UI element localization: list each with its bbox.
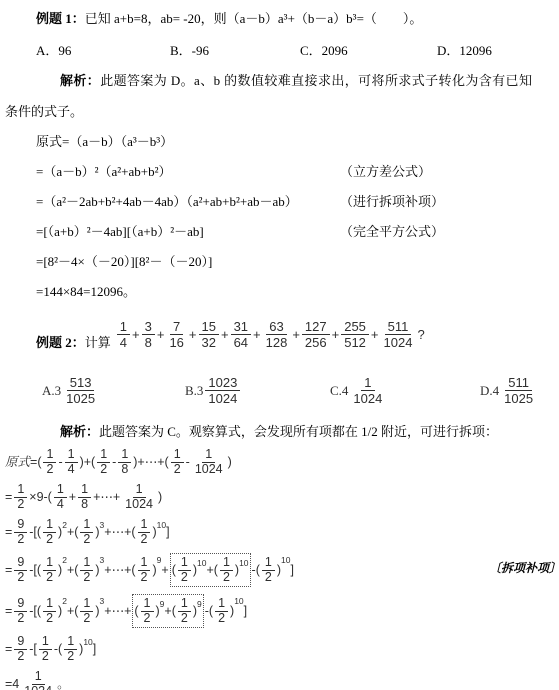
problem1-option-d: D．12096 bbox=[437, 41, 492, 60]
problem1-option-c: C．2096 bbox=[300, 41, 437, 60]
formula: =144×84=12096。 bbox=[36, 284, 136, 299]
problem1-title: 例题 1： bbox=[36, 11, 85, 26]
problem1-analysis-line2: 条件的式子。 bbox=[5, 102, 559, 121]
equation-line: =92-[(12)2+(12)3+⋯+(12)10] bbox=[5, 518, 559, 546]
problem2-options: A.35131025 B.310231024 C.411024 D.451110… bbox=[42, 375, 559, 406]
analysis-label: 解析： bbox=[60, 73, 100, 88]
equation-line: =92-[(12)2+(12)3+⋯+(12)9+(12)9-(12)10] bbox=[5, 594, 559, 628]
formula: =（a－b）²（a²+ab+b²） bbox=[36, 164, 172, 179]
equation-line: =（a－b）²（a²+ab+b²）（立方差公式） bbox=[36, 162, 559, 181]
formula: =[8²－4×（－20）][8²－（－20）] bbox=[36, 254, 212, 269]
analysis-text: 此题答案为 C。观察算式，会发现所有项都在 1/2 附近，可进行拆项： bbox=[99, 424, 498, 439]
equation-line: =（a²－2ab+b²+4ab－4ab）（a²+ab+b²+ab－ab）（进行拆… bbox=[36, 192, 559, 211]
problem1-option-a: A．96 bbox=[36, 41, 170, 60]
formula-note: （立方差公式） bbox=[340, 162, 431, 181]
equation-line: 〔拆项补项〕=92-[(12)2+(12)3+⋯+(12)9+(12)10+(1… bbox=[5, 553, 559, 587]
formula: 原式=（a－b）（a³－b³） bbox=[36, 134, 173, 149]
problem2-title: 例题 2： bbox=[36, 333, 85, 355]
problem1-option-b: B．-96 bbox=[170, 41, 300, 60]
problem2-option-b: B.310231024 bbox=[185, 375, 330, 406]
problem1-steps: 原式=（a－b）（a³－b³） =（a－b）²（a²+ab+b²）（立方差公式）… bbox=[36, 132, 559, 301]
problem2-option-d: D.45111025 bbox=[480, 375, 538, 406]
problem1-options: A．96 B．-96 C．2096 D．12096 bbox=[36, 41, 559, 60]
equation-line: =[（a+b）²－4ab][（a+b）²－ab]（完全平方公式） bbox=[36, 222, 559, 241]
problem2-steps: 原式=(12-14)+(12-18)+⋯+(12-11024) =12×9-(1… bbox=[5, 448, 559, 690]
problem2-analysis: 解析：此题答案为 C。观察算式，会发现所有项都在 1/2 附近，可进行拆项： bbox=[60, 422, 559, 441]
equation-line: 原式=（a－b）（a³－b³） bbox=[36, 132, 559, 151]
analysis-text: 此题答案为 D。a、b 的数值较难直接求出，可将所求式子转化为含有已知 bbox=[100, 73, 532, 88]
problem2-question-formula: 14+38+716+1532+3164+63128+127256+255512+… bbox=[115, 319, 425, 350]
formula: =（a²－2ab+b²+4ab－4ab）（a²+ab+b²+ab－ab） bbox=[36, 194, 298, 209]
problem2-intro: 计算 bbox=[85, 333, 111, 355]
margin-note: 〔拆项补项〕 bbox=[489, 559, 559, 578]
equation-line: =[8²－4×（－20）][8²－（－20）] bbox=[36, 252, 559, 271]
equation-line: =92-[12-(12)10] bbox=[5, 635, 559, 663]
formula-note: （进行拆项补项） bbox=[340, 192, 444, 211]
math-worksheet-page: 例题 1：已知 a+b=8，ab= -20，则（a－b）a³+（b－a）b³=（… bbox=[0, 0, 559, 690]
problem1-heading: 例题 1：已知 a+b=8，ab= -20，则（a－b）a³+（b－a）b³=（… bbox=[36, 0, 559, 28]
equation-line: 原式=(12-14)+(12-18)+⋯+(12-11024) bbox=[5, 448, 559, 476]
formula: =[（a+b）²－4ab][（a+b）²－ab] bbox=[36, 224, 204, 239]
problem1-question: 已知 a+b=8，ab= -20，则（a－b）a³+（b－a）b³=（ ）。 bbox=[85, 11, 423, 26]
problem2-option-c: C.411024 bbox=[330, 375, 480, 406]
equation-line: =144×84=12096。 bbox=[36, 282, 559, 301]
problem1-analysis-line1: 解析：此题答案为 D。a、b 的数值较难直接求出，可将所求式子转化为含有已知 bbox=[60, 71, 559, 90]
equation-line: =12×9-(14+18+⋯+11024) bbox=[5, 483, 559, 511]
equation-line: =411024。 bbox=[5, 670, 559, 690]
problem2-option-a: A.35131025 bbox=[42, 375, 185, 406]
analysis-label: 解析： bbox=[60, 424, 99, 439]
problem2-heading: 例题 2：计算 14+38+716+1532+3164+63128+127256… bbox=[36, 313, 559, 355]
formula-note: （完全平方公式） bbox=[340, 222, 444, 241]
